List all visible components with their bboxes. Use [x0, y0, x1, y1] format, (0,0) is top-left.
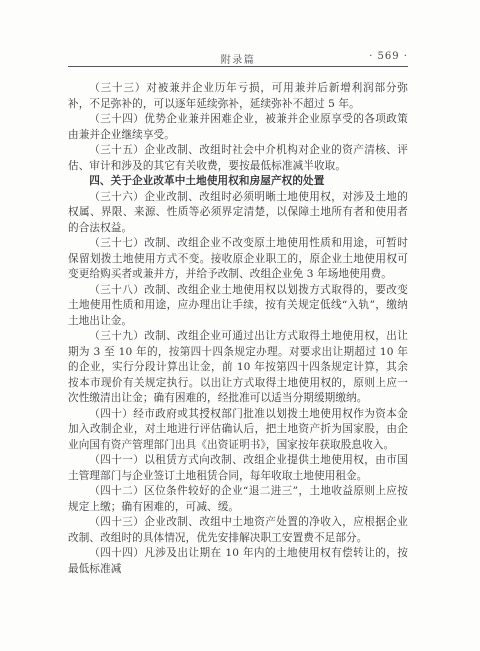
paragraph: （三十四）优势企业兼并困难企业，被兼并企业原享受的各项政策由兼并企业继续享受。 [68, 112, 408, 143]
body-text: （三十三）对被兼并企业历年亏损，可用兼并后新增利润部分弥补，不足弥补的，可以逐年… [68, 81, 408, 577]
paragraph: （三十八）改制、改组企业土地使用权以划拨方式取得的，要改变土地使用性质和用途，应… [68, 283, 408, 330]
paragraph: （三十五）企业改制、改组时社会中介机构对企业的资产清核、评估、审计和涉及的其它有… [68, 143, 408, 174]
page-number: · 569 · [369, 51, 408, 62]
paragraph: （四十三）企业改制、改组中土地资产处置的净收入，应根据企业改制、改组时的具体情况… [68, 515, 408, 546]
paragraph: （四十四）凡涉及出让期在 10 年内的土地使用权有偿转让的，按最低标准减 [68, 546, 408, 577]
paragraph: （三十七）改制、改组企业不改变原土地使用性质和用途，可暂时保留划拨土地使用方式不… [68, 236, 408, 283]
scanned-book-page: 附录篇 · 569 · （三十三）对被兼并企业历年亏损，可用兼并后新增利润部分弥… [0, 0, 480, 651]
paragraph: （四十一）以租赁方式向改制、改组企业提供土地使用权，由市国土管理部门与企业签订土… [68, 453, 408, 484]
paragraph: （四十二）区位条件较好的企业“退二进三”，土地收益原则上应按规定上缴；确有困难的… [68, 484, 408, 515]
paragraph: （四十）经市政府或其授权部门批准以划拨土地使用权作为资本金加入改制企业，对土地进… [68, 407, 408, 454]
paragraph: （三十三）对被兼并企业历年亏损，可用兼并后新增利润部分弥补，不足弥补的，可以逐年… [68, 81, 408, 112]
paragraph: （三十六）企业改制、改组时必须明晰土地使用权，对涉及土地的权属、界限、来源、性质… [68, 190, 408, 237]
header-rule [68, 66, 408, 67]
paragraph: 四、关于企业改革中土地使用权和房屋产权的处置 [68, 174, 408, 190]
running-header: 附录篇 · 569 · [68, 51, 408, 65]
page-content: 附录篇 · 569 · （三十三）对被兼并企业历年亏损，可用兼并后新增利润部分弥… [68, 51, 408, 577]
paragraph: （三十九）改制、改组企业可通过出让方式取得土地使用权，出让期为 3 至 10 年… [68, 329, 408, 407]
section-title: 附录篇 [221, 51, 256, 66]
